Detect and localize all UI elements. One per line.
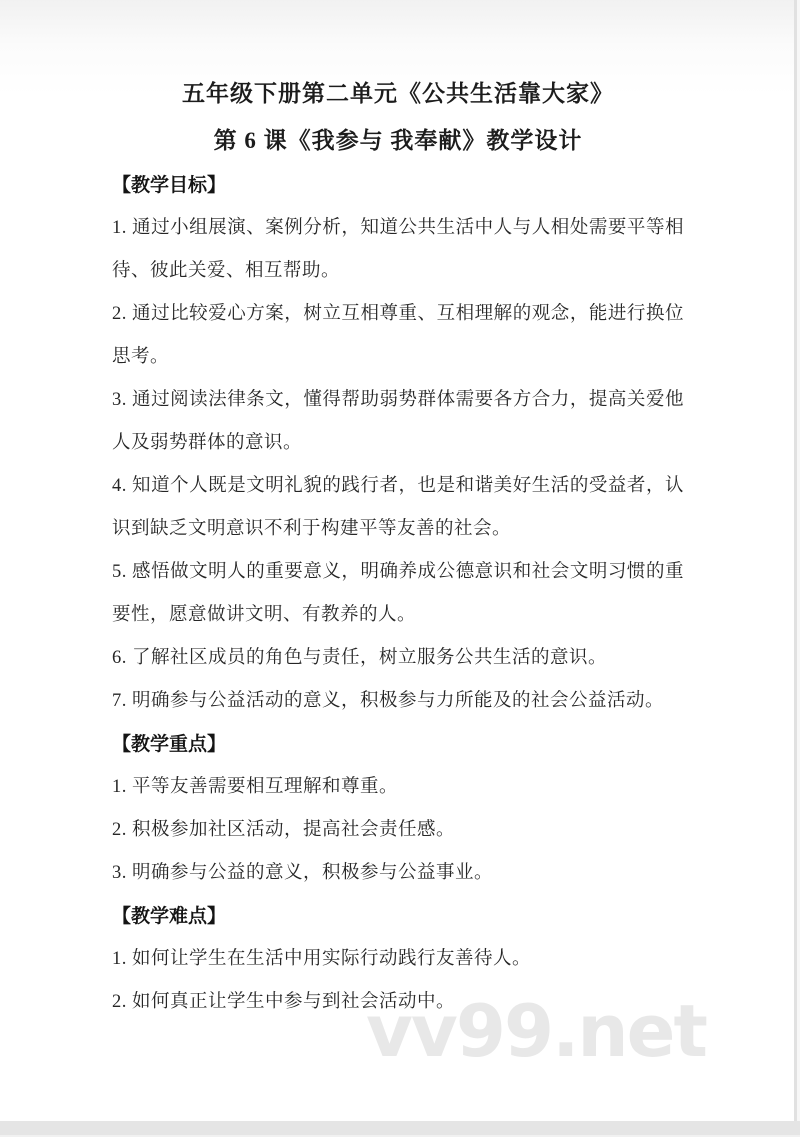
title-line-1: 五年级下册第二单元《公共生活靠大家》 [112,70,684,117]
page-bottom-edge-strip [0,1121,800,1137]
objective-item-4: 4. 知道个人既是文明礼貌的践行者，也是和谐美好生活的受益者，认识到缺乏文明意识… [112,465,684,551]
key-point-item-2: 2. 积极参加社区活动，提高社会责任感。 [112,809,684,852]
document-content: 五年级下册第二单元《公共生活靠大家》 第 6 课《我参与 我奉献》教学设计 【教… [0,0,794,1024]
difficulty-item-2: 2. 如何真正让学生中参与到社会活动中。 [112,981,684,1024]
section-heading-teaching-objectives: 【教学目标】 [112,164,684,207]
objective-item-3: 3. 通过阅读法律条文，懂得帮助弱势群体需要各方合力，提高关爱他人及弱势群体的意… [112,379,684,465]
document-title: 五年级下册第二单元《公共生活靠大家》 第 6 课《我参与 我奉献》教学设计 [112,70,684,164]
objective-item-6: 6. 了解社区成员的角色与责任，树立服务公共生活的意识。 [112,637,684,680]
title-line-2: 第 6 课《我参与 我奉献》教学设计 [112,117,684,164]
objective-item-5: 5. 感悟做文明人的重要意义，明确养成公德意识和社会文明习惯的重要性，愿意做讲文… [112,551,684,637]
objective-item-7: 7. 明确参与公益活动的意义，积极参与力所能及的社会公益活动。 [112,680,684,723]
key-point-item-1: 1. 平等友善需要相互理解和尊重。 [112,766,684,809]
document-page: vv99.net 五年级下册第二单元《公共生活靠大家》 第 6 课《我参与 我奉… [0,0,794,1121]
objective-item-2: 2. 通过比较爱心方案，树立互相尊重、互相理解的观念，能进行换位思考。 [112,293,684,379]
difficulty-item-1: 1. 如何让学生在生活中用实际行动践行友善待人。 [112,938,684,981]
objective-item-1: 1. 通过小组展演、案例分析，知道公共生活中人与人相处需要平等相待、彼此关爱、相… [112,207,684,293]
section-heading-teaching-key-points: 【教学重点】 [112,723,684,766]
section-heading-teaching-difficulties: 【教学难点】 [112,895,684,938]
key-point-item-3: 3. 明确参与公益的意义，积极参与公益事业。 [112,852,684,895]
